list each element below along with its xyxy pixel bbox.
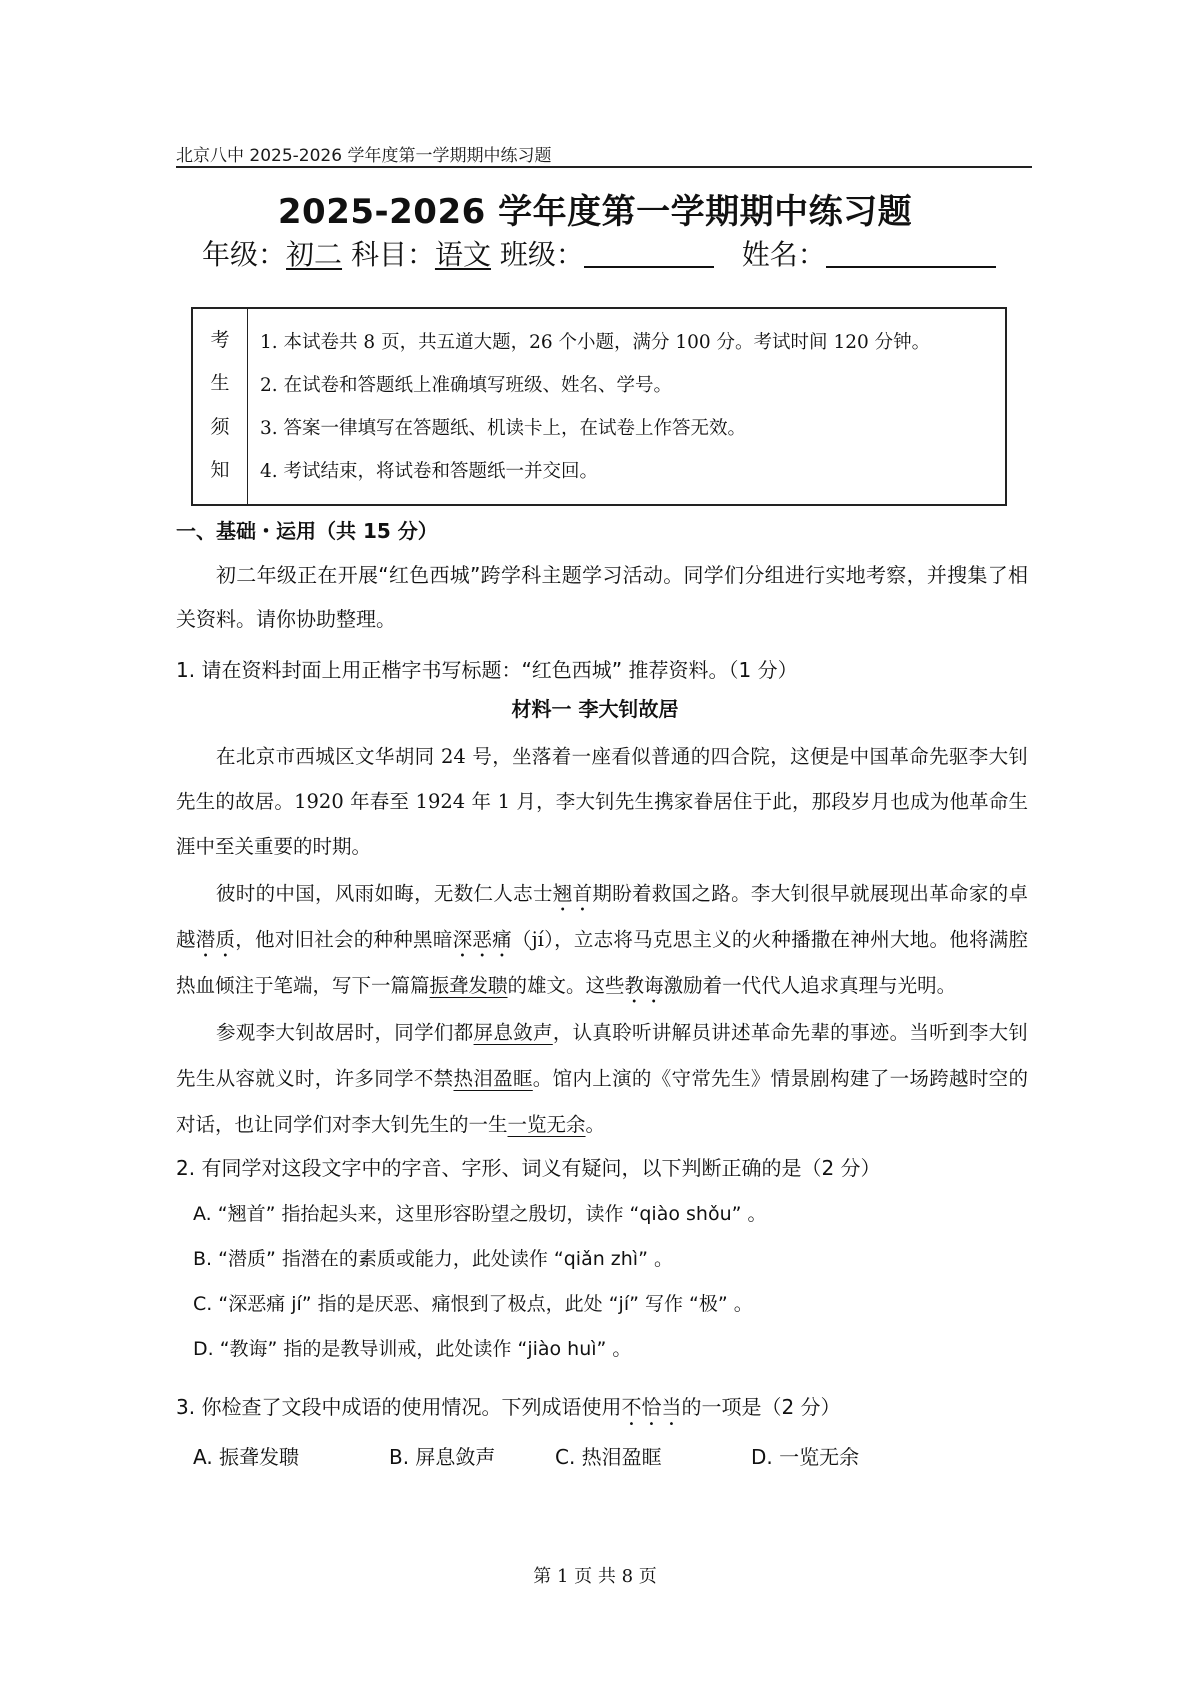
name-field[interactable] [826,240,996,268]
text-run: 的一项是（2 分） [681,1395,840,1419]
grade-label: 年级： [202,238,286,271]
text-run: 的雄文。这些 [508,974,625,997]
class-field[interactable] [584,240,714,268]
subject-label: 科目： [351,238,435,271]
underlined-idiom: 屏息敛声 [474,1021,553,1044]
text-run: 激励着一代代人追求真理与光明。 [664,974,957,997]
question-2-option-a: A. “翘首” 指抬起头来，这里形容盼望之殷切，读作 “qiào shǒu” 。 [193,1199,767,1226]
subject-value: 语文 [435,238,491,271]
material-paragraph-2: 彼时的中国，风雨如晦，无数仁人志士翘首期盼着救国之路。李大钊很早就展现出革命家的… [176,871,1028,1009]
text-run: 3. 你检查了文段中成语的使用情况。下列成语使用 [176,1395,621,1419]
emphasized-word: 潜质 [196,928,236,951]
section-intro: 初二年级正在开展“红色西城”跨学科主题学习活动。同学们分组进行实地考察，并搜集了… [176,553,1028,641]
question-3-option-b: B. 屏息敛声 [389,1441,555,1470]
notice-label-char: 知 [210,455,229,482]
underlined-idiom: 振聋发聩 [430,974,508,997]
text-run: 参观李大钊故居时，同学们都 [216,1021,474,1044]
emphasized-word: 教诲 [625,974,664,997]
question-3-options: A. 振聋发聩 B. 屏息敛声 C. 热泪盈眶 D. 一览无余 [193,1441,859,1470]
underlined-idiom: 热泪盈眶 [454,1067,533,1090]
class-label: 班级： [500,238,584,271]
notice-item: 1. 本试卷共 8 页，共五道大题，26 个小题，满分 100 分。考试时间 1… [260,321,1005,364]
section-heading: 一、基础・运用（共 15 分） [176,515,438,544]
student-info-line: 年级：初二 科目：语文 班级： 姓名： [202,233,996,273]
material-title: 材料一 李大钊故居 [0,693,1190,722]
question-3-option-a: A. 振聋发聩 [193,1441,389,1470]
material-paragraph-1: 在北京市西城区文华胡同 24 号，坐落着一座看似普通的四合院，这便是中国革命先驱… [176,734,1028,869]
page-title: 2025-2026 学年度第一学期期中练习题 [0,184,1190,233]
text-run: 。 [586,1113,606,1136]
question-2-option-b: B. “潜质” 指潜在的素质或能力，此处读作 “qiǎn zhì” 。 [193,1244,673,1271]
notice-item: 2. 在试卷和答题纸上准确填写班级、姓名、学号。 [260,364,1005,407]
notice-item: 3. 答案一律填写在答题纸、机读卡上，在试卷上作答无效。 [260,407,1005,450]
question-3-option-c: C. 热泪盈眶 [555,1441,751,1470]
question-1: 1. 请在资料封面上用正楷字书写标题：“红色西城” 推荐资料。（1 分） [176,654,798,683]
question-2-option-c: C. “深恶痛 jí” 指的是厌恶、痛恨到了极点，此处 “jí” 写作 “极” … [193,1289,753,1316]
emphasized-word: 深恶痛 [453,928,512,951]
text-run: ，他对旧社会的种种黑暗 [235,928,452,951]
material-paragraph-3: 参观李大钊故居时，同学们都屏息敛声，认真聆听讲解员讲述革命先辈的事迹。当听到李大… [176,1010,1028,1148]
text-run: 彼时的中国，风雨如晦，无数仁人志士 [216,882,553,905]
exam-notice-box: 考 生 须 知 1. 本试卷共 8 页，共五道大题，26 个小题，满分 100 … [191,307,1007,506]
question-3-stem: 3. 你检查了文段中成语的使用情况。下列成语使用不恰当的一项是（2 分） [176,1391,841,1430]
page-number: 第 1 页 共 8 页 [0,1562,1190,1588]
running-head: 北京八中 2025-2026 学年度第一学期期中练习题 [176,141,551,166]
notice-label-char: 考 [210,325,229,352]
notice-list: 1. 本试卷共 8 页，共五道大题，26 个小题，满分 100 分。考试时间 1… [248,309,1005,504]
question-2-option-d: D. “教诲” 指的是教导训戒，此处读作 “jiào huì” 。 [193,1334,631,1361]
name-label: 姓名： [742,238,826,271]
emphasized-word: 翘首 [553,882,593,905]
notice-label-char: 须 [210,412,229,439]
header-rule [176,166,1032,168]
grade-value: 初二 [286,238,342,271]
notice-label-char: 生 [210,368,229,395]
question-3-option-d: D. 一览无余 [751,1441,859,1470]
notice-item: 4. 考试结束，将试卷和答题纸一并交回。 [260,450,1005,493]
emphasized-word: 不恰当 [621,1395,681,1419]
notice-label: 考 生 须 知 [193,309,248,504]
underlined-idiom: 一览无余 [508,1113,586,1136]
question-2-stem: 2. 有同学对这段文字中的字音、字形、词义有疑问，以下判断正确的是（2 分） [176,1152,881,1181]
exam-page: 北京八中 2025-2026 学年度第一学期期中练习题 2025-2026 学年… [0,0,1190,1682]
